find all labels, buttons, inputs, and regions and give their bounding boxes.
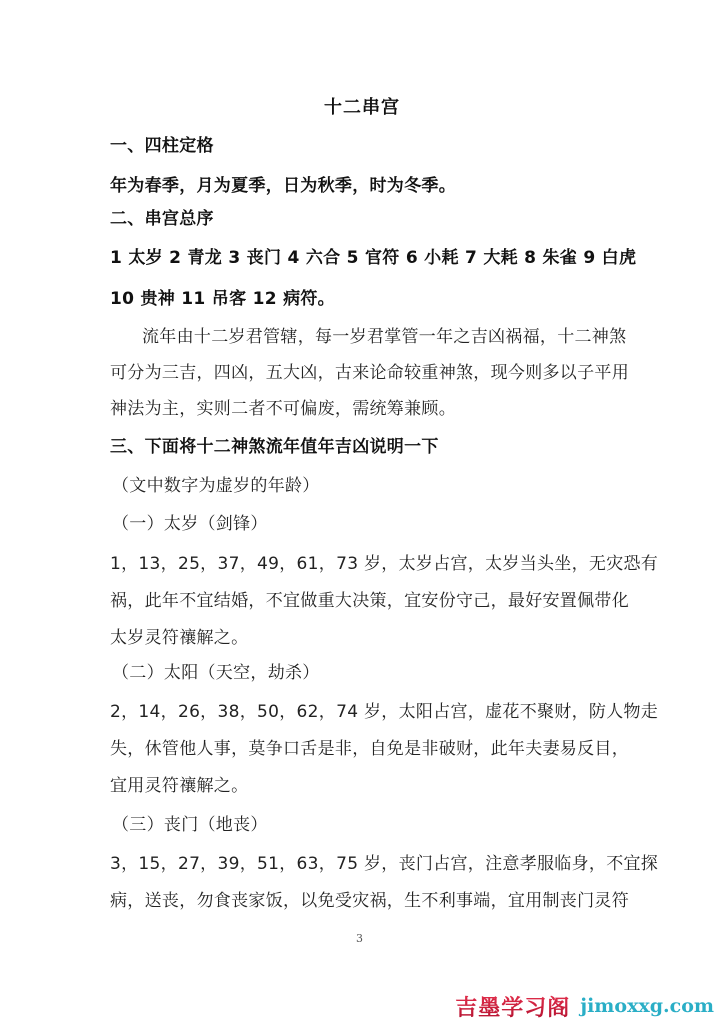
section-2-paragraph-line: 可分为三吉，四凶，五大凶，古来论命较重神煞，现今则多以子平用 bbox=[110, 362, 629, 384]
item-2-line: 2，14，26，38，50，62，74 岁，太阳占宫，虚花不聚财，防人物走 bbox=[110, 701, 658, 723]
page-number: 3 bbox=[356, 932, 363, 945]
item-3-heading: （三）丧门（地丧） bbox=[112, 814, 268, 836]
item-1-line: 太岁灵符禳解之。 bbox=[110, 627, 248, 649]
document-page: 十二串宫 一、四柱定格 年为春季，月为夏季，日为秋季，时为冬季。 二、串宫总序 … bbox=[0, 0, 724, 1024]
watermark-logo-text: 吉墨学习阁 bbox=[455, 991, 570, 1022]
item-1-line: 1，13，25，37，49，61，73 岁，太岁占宫，太岁当头坐，无灾恐有 bbox=[110, 553, 658, 575]
section-1-heading: 一、四柱定格 bbox=[110, 135, 214, 157]
section-3-heading: 三、下面将十二神煞流年值年吉凶说明一下 bbox=[110, 436, 439, 458]
item-2-heading: （二）太阳（天空，劫杀） bbox=[112, 662, 320, 684]
item-3-line: 3，15，27，39，51，63，75 岁，丧门占宫，注意孝服临身，不宜探 bbox=[110, 853, 658, 875]
item-1-heading: （一）太岁（剑锋） bbox=[112, 513, 268, 535]
watermark-domain: jimoxxg.com bbox=[580, 995, 714, 1017]
item-1-line: 祸，此年不宜结婚，不宜做重大决策，宜安份守己，最好安置佩带化 bbox=[110, 590, 629, 612]
section-2-list-line-2: 10 贵神 11 吊客 12 病符。 bbox=[110, 288, 335, 310]
item-3-line: 病，送丧，勿食丧家饭，以免受灾祸，生不利事端，宜用制丧门灵符 bbox=[110, 890, 629, 912]
watermark: 吉墨学习阁 jimoxxg.com bbox=[455, 992, 714, 1020]
section-2-paragraph-line: 神法为主，实则二者不可偏废，需统筹兼顾。 bbox=[110, 398, 456, 420]
section-2-list-line-1: 1 太岁 2 青龙 3 丧门 4 六合 5 官符 6 小耗 7 大耗 8 朱雀 … bbox=[110, 247, 636, 269]
section-2-heading: 二、串宫总序 bbox=[110, 208, 214, 230]
item-2-line: 失，休管他人事，莫争口舌是非，自免是非破财，此年夫妻易反目， bbox=[110, 738, 629, 760]
document-title: 十二串宫 bbox=[0, 93, 724, 119]
section-1-text: 年为春季，月为夏季，日为秋季，时为冬季。 bbox=[110, 175, 456, 197]
item-2-line: 宜用灵符禳解之。 bbox=[110, 775, 248, 797]
section-2-paragraph-line: 流年由十二岁君管辖，每一岁君掌管一年之吉凶祸福，十二神煞 bbox=[142, 326, 626, 348]
section-3-note: （文中数字为虚岁的年龄） bbox=[112, 475, 320, 497]
